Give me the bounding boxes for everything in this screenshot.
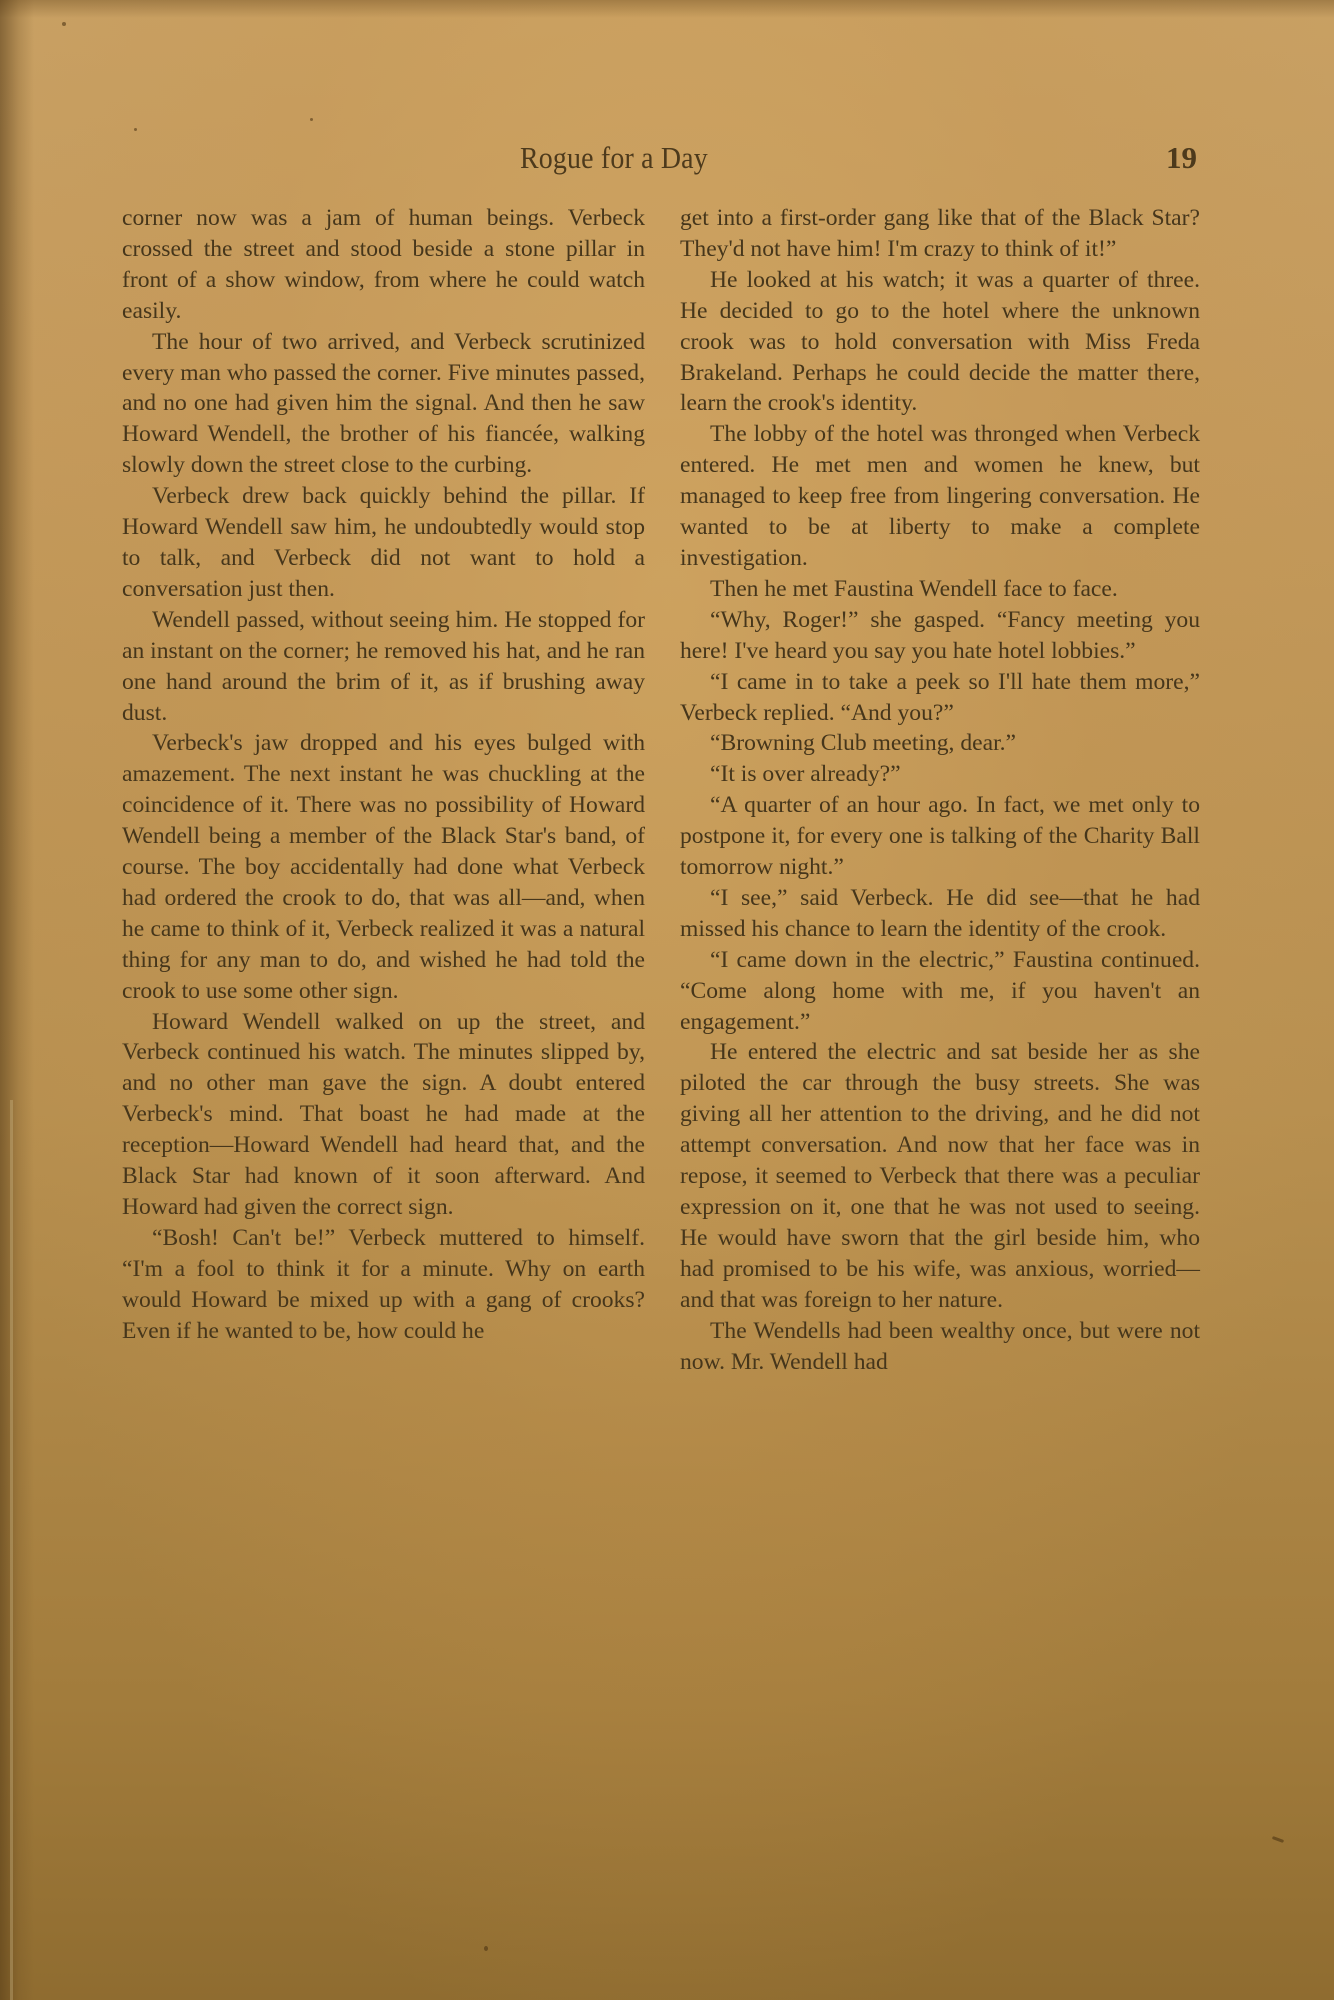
paragraph: “It is over already?” — [680, 759, 1200, 790]
paragraph: “I came down in the electric,” Faustina … — [680, 945, 1200, 1038]
paragraph: “A quarter of an hour ago. In fact, we m… — [680, 790, 1200, 883]
paragraph: Wendell passed, without seeing him. He s… — [122, 605, 645, 729]
paragraph: He entered the electric and sat beside h… — [680, 1037, 1200, 1315]
text-column-left: corner now was a jam of human beings. Ve… — [122, 203, 645, 1347]
paragraph: The hour of two arrived, and Verbeck scr… — [122, 327, 645, 482]
binding-shadow — [0, 0, 34, 2000]
paragraph: Then he met Faustina Wendell face to fac… — [680, 574, 1200, 605]
paragraph: “Bosh! Can't be!” Verbeck muttered to hi… — [122, 1223, 645, 1347]
paragraph: “Why, Roger!” she gasped. “Fancy meeting… — [680, 605, 1200, 667]
paragraph: Verbeck drew back quickly behind the pil… — [122, 481, 645, 605]
paragraph: The lobby of the hotel was thronged when… — [680, 419, 1200, 574]
paragraph: “I see,” said Verbeck. He did see—that h… — [680, 883, 1200, 945]
binding-crease — [10, 1100, 13, 2000]
paragraph: get into a first-order gang like that of… — [680, 203, 1200, 265]
paragraph: “Browning Club meeting, dear.” — [680, 728, 1200, 759]
page-number: 19 — [1166, 140, 1197, 176]
book-page: Rogue for a Day 19 corner now was a jam … — [0, 0, 1334, 2000]
paragraph: corner now was a jam of human beings. Ve… — [122, 203, 645, 327]
running-title: Rogue for a Day — [520, 140, 708, 176]
paper-speck — [62, 22, 66, 26]
paper-speck — [1272, 1836, 1284, 1843]
paragraph: Verbeck's jaw dropped and his eyes bulge… — [122, 728, 645, 1006]
paragraph: The Wendells had been wealthy once, but … — [680, 1316, 1200, 1378]
paragraph: Howard Wendell walked on up the street, … — [122, 1007, 645, 1223]
paper-speck — [484, 1946, 488, 1951]
paper-speck — [134, 128, 137, 131]
paper-speck — [310, 118, 313, 121]
top-edge-shadow — [0, 0, 1334, 18]
paragraph: He looked at his watch; it was a quarter… — [680, 265, 1200, 420]
running-header: Rogue for a Day 19 — [0, 140, 1334, 180]
text-column-right: get into a first-order gang like that of… — [680, 203, 1200, 1377]
paragraph: “I came in to take a peek so I'll hate t… — [680, 667, 1200, 729]
